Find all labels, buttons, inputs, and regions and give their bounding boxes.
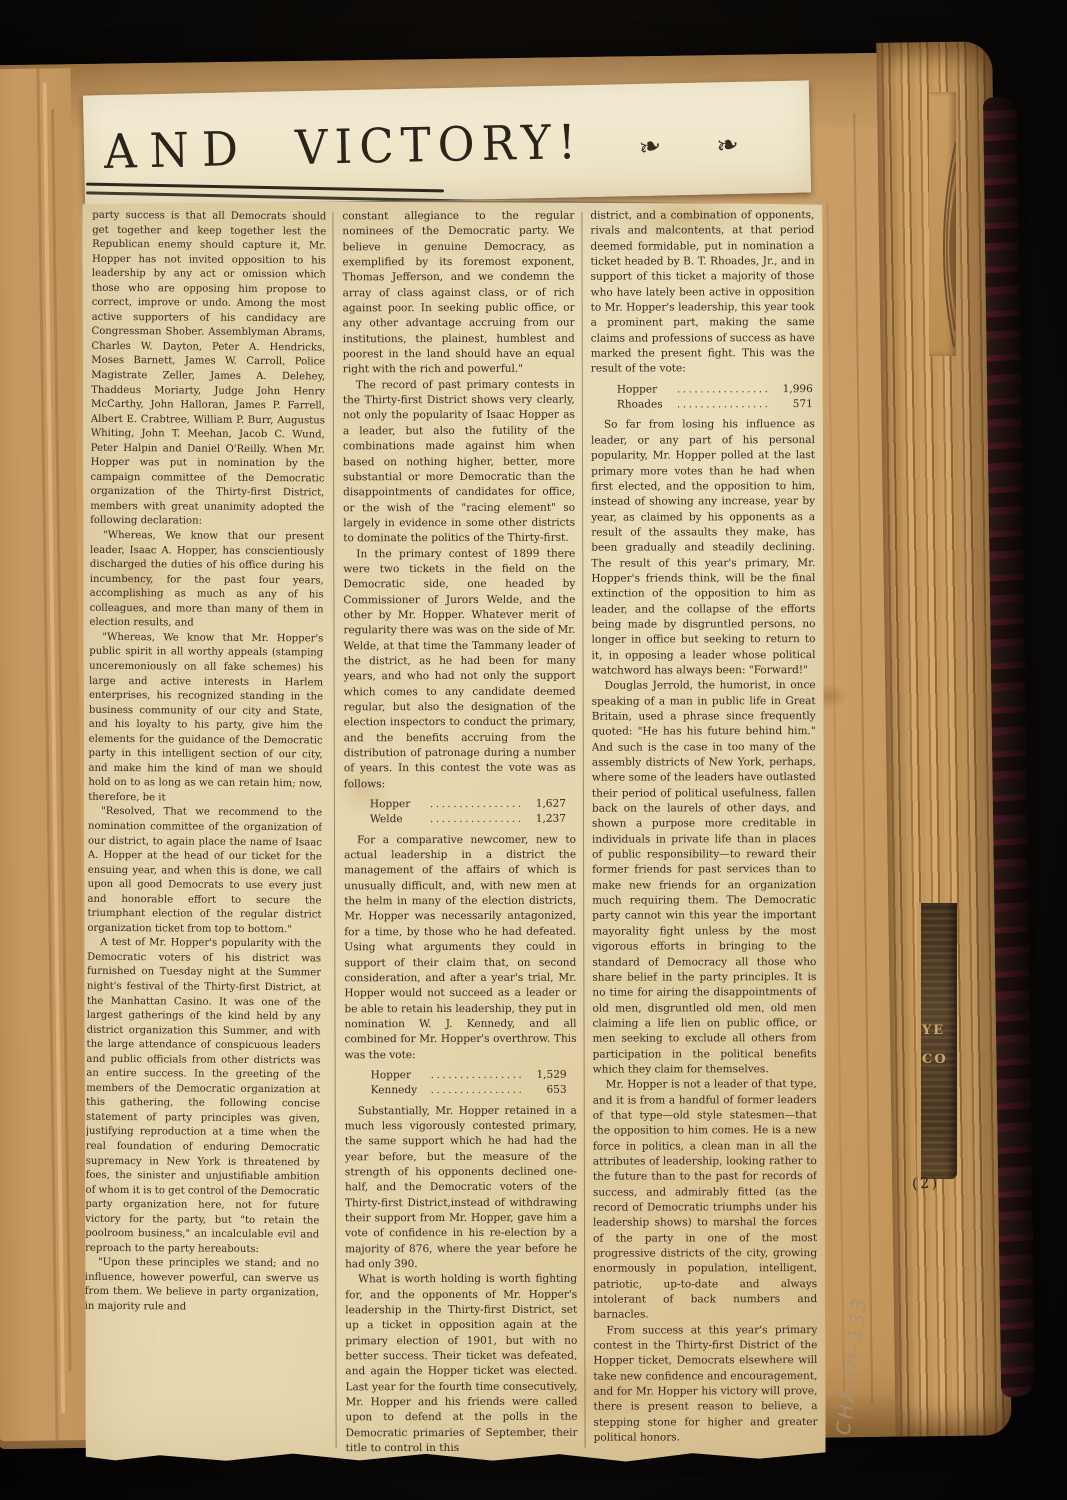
vote-candidate: Hopper <box>371 1068 431 1084</box>
vote-table: Hopper..........................1,627Wel… <box>370 797 566 828</box>
vote-count: 653 <box>525 1083 567 1098</box>
dot-leader: .......................... <box>430 812 524 828</box>
tucked-clipping-fragment-mid: YECO <box>917 903 957 1179</box>
vote-candidate: Hopper <box>617 382 677 398</box>
vote-candidate: Welde <box>370 812 430 828</box>
paragraph: So far from losing his influence as lead… <box>591 418 816 679</box>
headline-word-and: AND <box>103 120 251 179</box>
paragraph: "Upon these principles we stand; and no … <box>85 1256 319 1316</box>
paragraph: Mr. Hopper is not a leader of that type,… <box>593 1077 818 1323</box>
column-divider <box>332 212 336 1448</box>
vote-row: Hopper..........................1,996 <box>617 382 813 398</box>
headline-word-victory: VICTORY! <box>294 113 583 175</box>
paragraph: From success at this year's primary cont… <box>593 1323 817 1446</box>
tucked-clipping-fragment-top <box>929 92 956 356</box>
column-divider <box>581 212 585 1448</box>
vote-row: Kennedy..........................653 <box>371 1083 567 1099</box>
vote-count: 571 <box>771 397 813 412</box>
dot-leader: .......................... <box>431 1068 525 1084</box>
paragraph: For a comparative newcomer, new to actua… <box>344 832 577 1063</box>
column-3: district, and a combination of opponents… <box>590 208 817 1451</box>
paragraph: Substantially, Mr. Hopper retained in a … <box>345 1103 577 1272</box>
vote-row: Hopper..........................1,627 <box>370 797 566 813</box>
scrapbook-photo: YECO (2) CHA-IH-133 AND VICTORY! ❧ ❧ par… <box>0 0 1067 1500</box>
leaf-ornament-icon: ❧ <box>635 129 665 165</box>
vote-row: Welde..........................1,237 <box>370 812 566 828</box>
dot-leader: .......................... <box>677 397 771 413</box>
paragraph: In the primary contest of 1899 there wer… <box>343 546 576 792</box>
vote-count: 1,996 <box>771 382 813 397</box>
column-1: party success is that all Democrats shou… <box>84 209 327 1453</box>
vote-count: 1,237 <box>524 812 566 827</box>
paragraph: district, and a combination of opponents… <box>590 208 814 377</box>
vote-candidate: Rhoades <box>617 398 677 414</box>
paragraph: "Whereas, We know that Mr. Hopper's publ… <box>88 631 323 807</box>
paragraph: What is worth holding is worth fighting … <box>345 1272 577 1451</box>
paragraph: The record of past primary contests in t… <box>343 377 575 546</box>
vote-table: Hopper..........................1,996Rho… <box>617 382 813 413</box>
vote-count: 1,627 <box>524 797 566 812</box>
paragraph: party success is that all Democrats shou… <box>90 209 326 531</box>
vote-row: Rhoades..........................571 <box>617 397 813 413</box>
fragment-letter: CO <box>922 1052 957 1067</box>
fragment-letters: YECO <box>921 1023 957 1067</box>
dot-leader: .......................... <box>430 797 524 813</box>
article-clipping: party success is that all Democrats shou… <box>82 199 825 1463</box>
dot-leader: .......................... <box>431 1083 525 1099</box>
leaf-ornament-icon: ❧ <box>714 128 742 163</box>
vote-candidate: Hopper <box>370 797 430 813</box>
page-number-label: (2) <box>912 1173 940 1192</box>
paragraph: constant allegiance to the regular nomin… <box>342 209 574 378</box>
paragraph: Douglas Jerrold, the humorist, in once s… <box>592 678 817 1078</box>
dot-leader: .......................... <box>677 382 771 398</box>
vote-row: Hopper..........................1,529 <box>371 1068 567 1084</box>
vote-count: 1,529 <box>525 1068 567 1083</box>
column-2: constant allegiance to the regular nomin… <box>342 209 577 1452</box>
paragraph: "Whereas, We know that our present leade… <box>89 529 324 632</box>
engraving-fragment-curves <box>929 92 956 356</box>
fragment-letter: YE <box>922 1023 957 1038</box>
vote-candidate: Kennedy <box>371 1083 431 1099</box>
headline-clipping: AND VICTORY! ❧ ❧ <box>83 80 811 207</box>
paragraph: A test of Mr. Hopper's popularity with t… <box>85 936 321 1258</box>
paragraph: "Resolved, That we recommend to the nomi… <box>87 805 322 938</box>
vote-table: Hopper..........................1,529Ken… <box>371 1068 567 1099</box>
